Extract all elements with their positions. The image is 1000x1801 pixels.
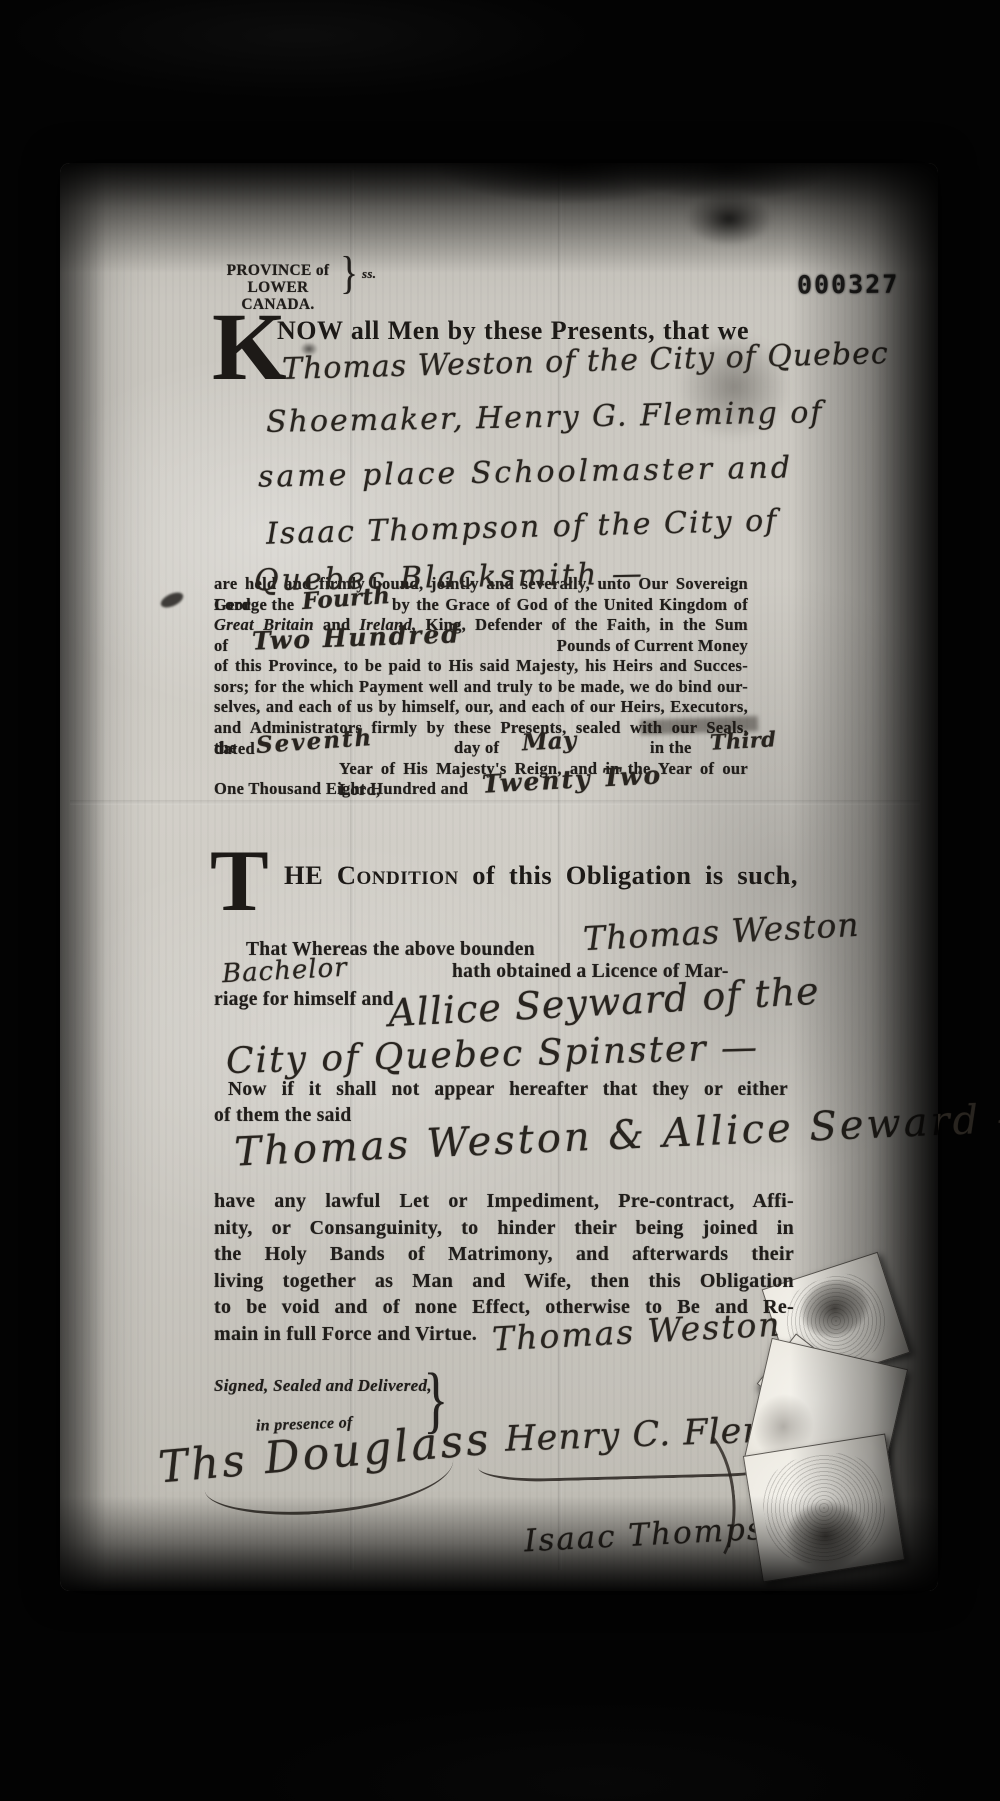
handwritten-party-line: Quebec Blacksmith — [254, 557, 645, 599]
hw-regnal-year: Third [710, 729, 777, 753]
bond-line: George the Fourth by the Grace of God of… [214, 595, 748, 616]
clause-line: nity, or Consanguinity, to hinder their … [214, 1217, 794, 1244]
bond-line: of this Province, to be paid to His said… [214, 656, 748, 677]
bond-text: One Thousand Eight Hundred and [214, 779, 468, 800]
hw-day-number: Seventh [255, 728, 373, 757]
bond-text: day of [454, 738, 499, 759]
attestation-line1: Signed, Sealed and Delivered, [214, 1376, 432, 1396]
bond-text: in the [650, 738, 692, 759]
clause-line: the Holy Bands of Matrimony, and afterwa… [214, 1243, 794, 1270]
province-line1: PROVINCE of [216, 262, 340, 279]
bond-text: by the Grace of God of the United Kingdo… [392, 595, 748, 616]
wafer-seal-bottom [743, 1434, 905, 1583]
hw-month: May [522, 731, 578, 754]
bond-line: One Thousand Eight Hundred and Twenty Tw… [214, 779, 748, 800]
condition-headline: HE Condition of this Obligation is such, [284, 860, 798, 891]
bond-line: of Two Hundred Pounds of Current Money [214, 636, 748, 657]
now-if-text: Now if it shall not appear hereafter tha… [228, 1078, 788, 1102]
bond-text: the [214, 738, 237, 759]
serial-number-stamp: 000327 [797, 270, 900, 300]
bond-line: the Seventh day of May in the Third [214, 738, 748, 759]
bond-line: selves, and each of us by himself, our, … [214, 697, 748, 718]
microfilm-scan: PROVINCE of LOWER CANADA. } ss. 000327 K… [0, 0, 1000, 1801]
hw-year: Twenty Two [482, 765, 663, 795]
clause-line: living together as Man and Wife, then th… [214, 1270, 794, 1297]
condition-head-he: HE [284, 860, 323, 890]
condition-head-word: Condition [337, 860, 459, 890]
ss-notation: ss. [362, 266, 376, 282]
drop-cap-t: T [210, 848, 269, 917]
province-brace: } [340, 246, 358, 299]
hw-bond-sum: Two Hundred [252, 624, 461, 652]
bond-text: Pounds of Current Money [557, 636, 748, 657]
drop-cap-k: K [212, 310, 287, 385]
clause-line: have any lawful Let or Impediment, Pre-c… [214, 1190, 794, 1217]
riage-text: riage for himself and [214, 988, 394, 1012]
bond-line: sors; for the which Payment well and tru… [214, 677, 748, 698]
condition-head-rest: of this Obligation is such, [472, 860, 798, 890]
bond-text: of [214, 636, 228, 657]
bond-text: King, Defender of the Faith, in the Sum [426, 615, 748, 634]
horizontal-fold-crease [70, 800, 920, 805]
ink-stain [686, 192, 772, 246]
